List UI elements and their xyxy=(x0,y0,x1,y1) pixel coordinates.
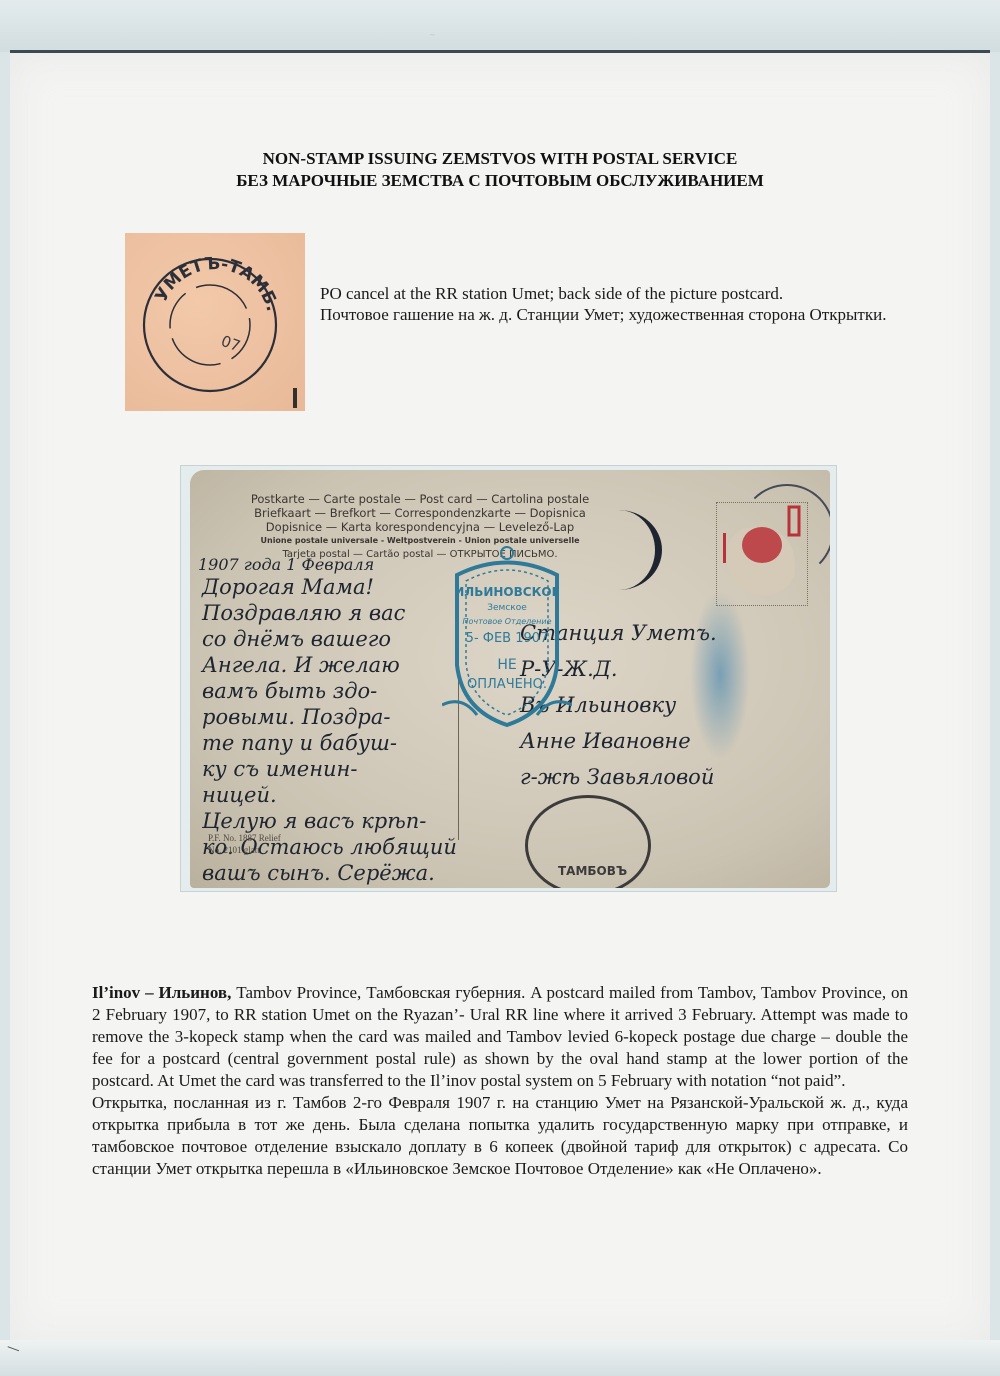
umet-postmark-icon: УМЕТЪ-ТАМБ. 07 xyxy=(125,233,305,411)
stamp-status-line1: НЕ xyxy=(442,657,572,673)
svg-text:УМЕТЪ-ТАМБ.: УМЕТЪ-ТАМБ. xyxy=(151,254,282,314)
zemstvo-not-paid-handstamp: ИЛЬИНОВСКОЕ Земское Почтовое Отделение 5… xyxy=(442,545,572,735)
description-heading: Il’inov – Ильинов, xyxy=(92,983,231,1002)
cancel-caption: PO cancel at the RR station Umet; back s… xyxy=(320,283,920,325)
header-line: Briefkaart — Brefkort — Correspondenzkar… xyxy=(190,506,650,520)
stamp-office-name: ИЛЬИНОВСКОЕ xyxy=(442,585,572,599)
arrival-postmark-icon xyxy=(575,510,662,590)
header-line: Postkarte — Carte postale — Post card — … xyxy=(190,492,650,506)
stamp-status-line2: ОПЛАЧЕНО. xyxy=(442,677,572,692)
postage-due-oval-handstamp: ТАМБОВЪ xyxy=(525,795,651,888)
imprint-line: No. 2101 glatt xyxy=(208,844,281,856)
description-english: Il’inov – Ильинов, Tambov Province, Тамб… xyxy=(92,982,908,1092)
description-russian: Открытка, посланная из г. Тамбов 2-го Фе… xyxy=(92,1092,908,1180)
stamp-date: 5- ФЕВ 1907 xyxy=(442,631,572,646)
due-postmark-text: ТАМБОВЪ xyxy=(558,864,627,878)
stamp-zemstvo-label: Земское xyxy=(442,603,572,613)
caption-english: PO cancel at the RR station Umet; back s… xyxy=(320,283,920,304)
page-title-russian: БЕЗ МАРОЧНЫЕ ЗЕМСТВА С ПОЧТОВЫМ ОБСЛУЖИВ… xyxy=(0,171,1000,191)
page-title-english: NON-STAMP ISSUING ZEMSTVOS WITH POSTAL S… xyxy=(0,149,1000,169)
pencil-mark: ~ xyxy=(430,30,435,40)
postcard-image: Postkarte — Carte postale — Post card — … xyxy=(190,470,830,888)
stamp-office-label: Почтовое Отделение xyxy=(442,617,572,626)
scanner-top-edge: ~ xyxy=(0,0,1000,52)
scanner-bottom-edge xyxy=(0,1340,1000,1376)
caption-russian: Почтовое гашение на ж. д. Станции Умет; … xyxy=(320,304,920,325)
publisher-imprint: P.F. No. 1887 Relief No. 2101 glatt xyxy=(208,832,281,856)
imprint-line: P.F. No. 1887 Relief xyxy=(208,832,281,844)
description-block: Il’inov – Ильинов, Tambov Province, Тамб… xyxy=(92,982,908,1180)
cancel-closeup-image: УМЕТЪ-ТАМБ. 07 xyxy=(125,233,305,411)
